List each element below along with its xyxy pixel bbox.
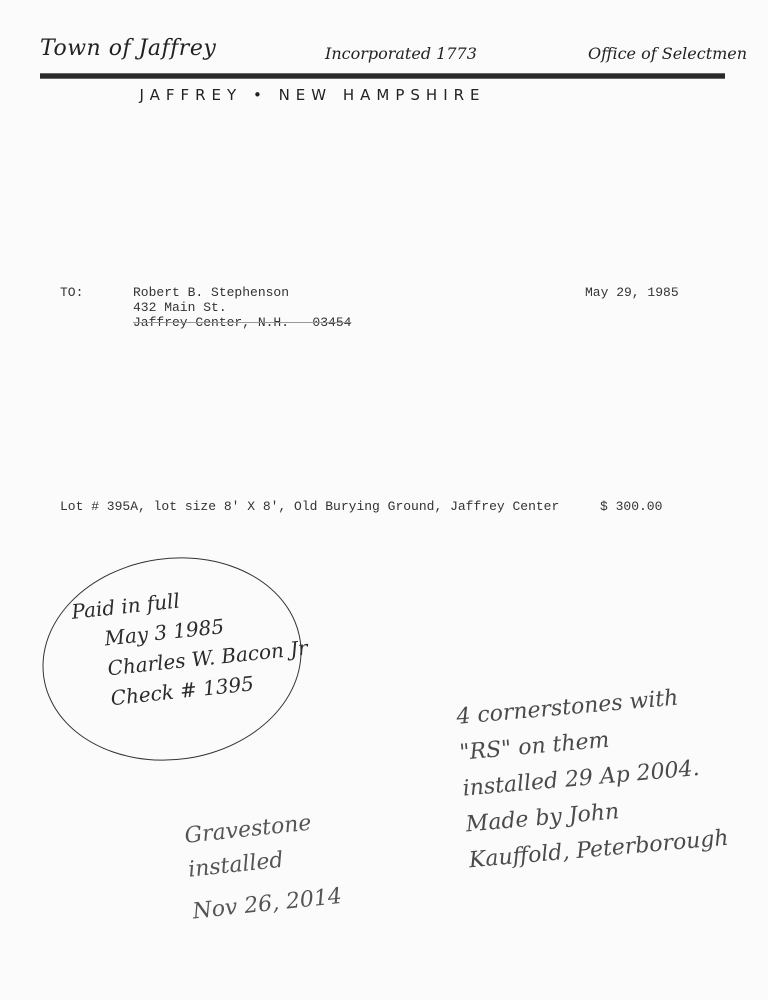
- letter-date: May 29, 1985: [585, 285, 679, 300]
- gravestone-note: Gravestone installed Nov 26, 2014: [183, 804, 344, 929]
- paid-in-full-note: Paid in full May 3 1985 Charles W. Bacon…: [60, 573, 312, 718]
- lot-description: Lot # 395A, lot size 8' X 8', Old Buryin…: [60, 499, 559, 514]
- recipient-address: Robert B. Stephenson 432 Main St. Jaffre…: [133, 285, 351, 330]
- to-label: TO:: [60, 285, 83, 300]
- note-line: Nov 26, 2014: [191, 880, 344, 929]
- recipient-name: Robert B. Stephenson: [133, 285, 351, 300]
- recipient-city: Jaffrey Center, N.H. 03454: [133, 315, 351, 330]
- header-rule: [40, 73, 725, 79]
- town-name: Town of Jaffrey: [40, 36, 216, 61]
- incorporated-text: Incorporated 1773: [325, 44, 477, 63]
- cornerstones-note: 4 cornerstones with "RS" on them install…: [455, 677, 730, 879]
- office-name: Office of Selectmen: [588, 44, 747, 63]
- location-subheading: JAFFREY • NEW HAMPSHIRE: [0, 86, 625, 104]
- lot-amount: $ 300.00: [600, 499, 662, 514]
- recipient-street: 432 Main St.: [133, 300, 351, 315]
